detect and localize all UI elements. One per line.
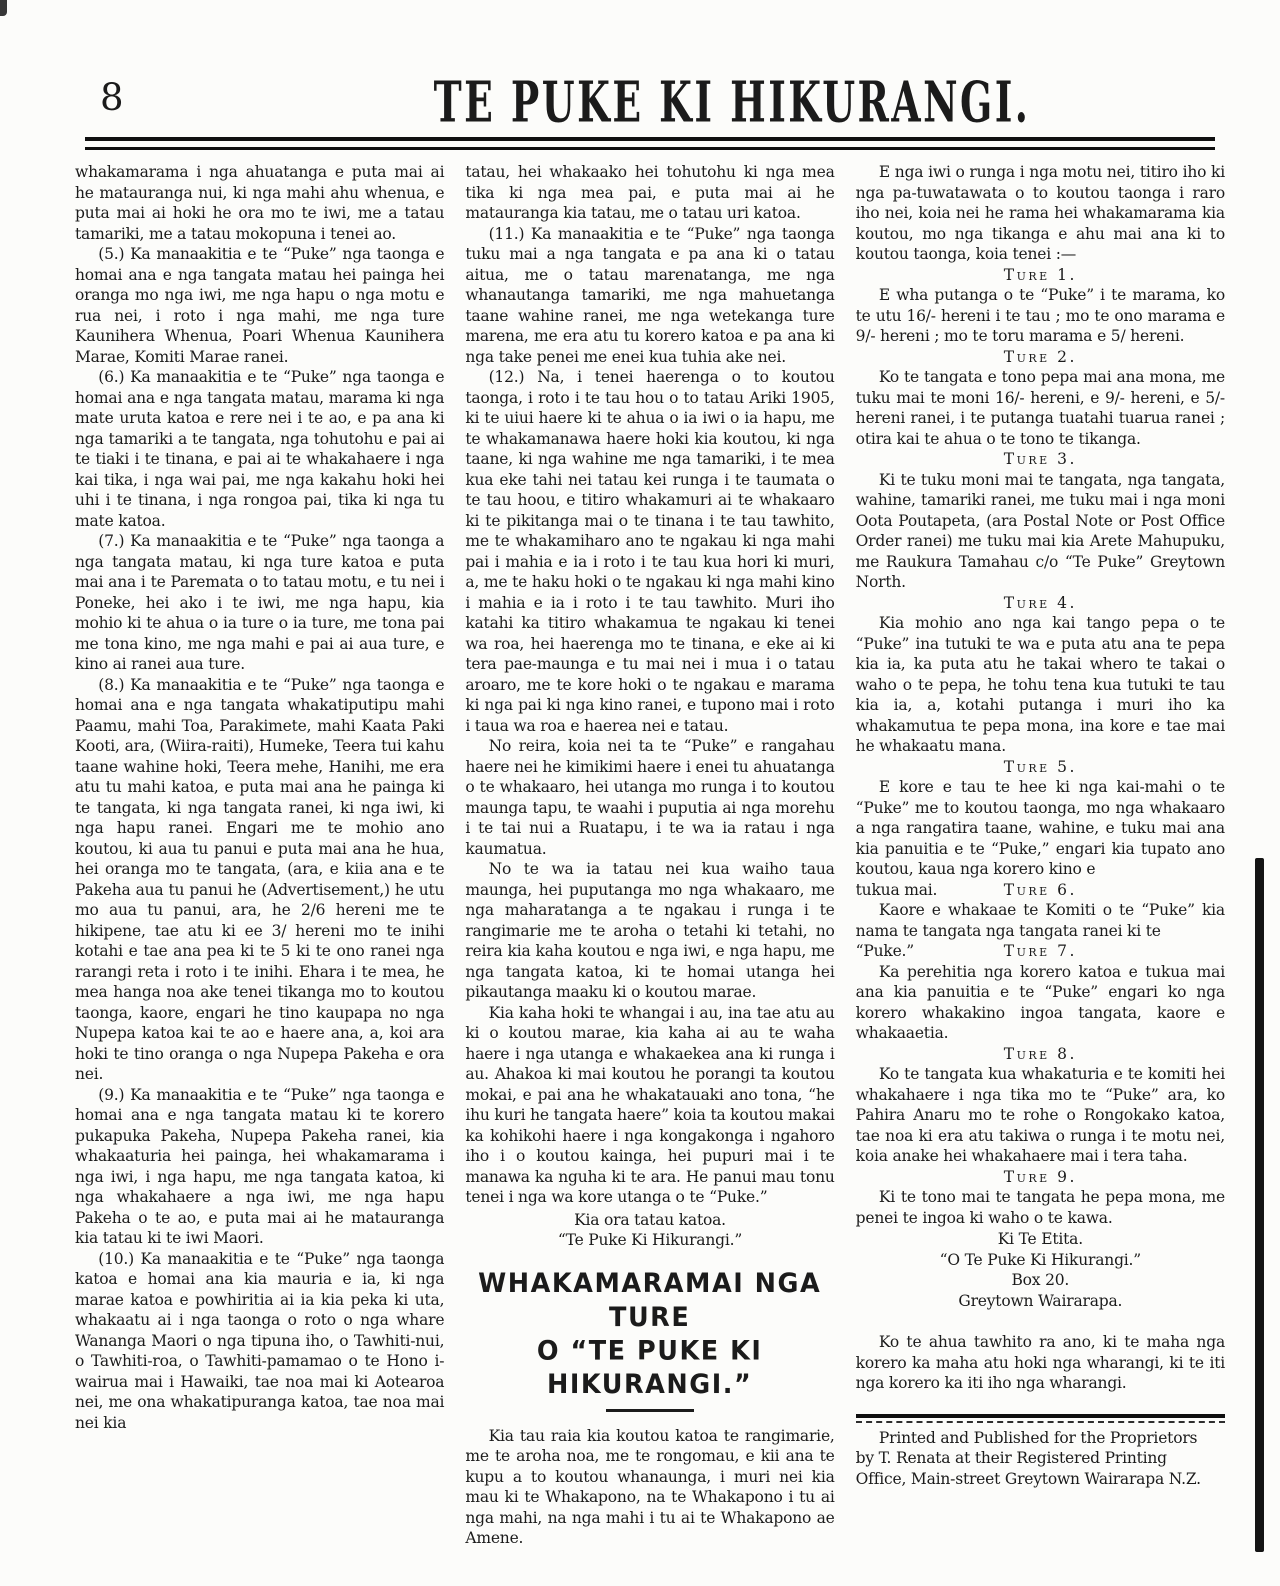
ture-8-heading: Ture 8.	[856, 1044, 1225, 1065]
article-heading-line2: O “TE PUKE KI HIKURANGI.”	[462, 1334, 839, 1401]
imprint-line: Office, Main-street Greytown Wairarapa N…	[856, 1469, 1225, 1490]
paragraph-clause-12: (12.) Na, i tenei haerenga o to koutou t…	[465, 367, 834, 736]
imprint-line: Printed and Published for the Proprietor…	[856, 1428, 1225, 1449]
page-content: whakamarama i nga ahuatanga e puta mai a…	[75, 162, 1225, 1549]
ture-5-text: E kore e tau te hee ki nga kai-mahi o te…	[856, 777, 1225, 880]
ture-2-text: Ko te tangata e tono pepa mai ana mona, …	[856, 367, 1225, 449]
article-heading-line1: WHAKAMARAMAI NGA TURE	[462, 1267, 839, 1334]
ture-7-heading: Ture 7.	[856, 941, 1225, 962]
paragraph-clause-8: (8.) Ka manaakitia e te “Puke” nga taong…	[75, 675, 444, 1085]
ture-3-text: Ki te tuku moni mai te tangata, nga tang…	[856, 470, 1225, 593]
paragraph-rules-intro: E nga iwi o runga i nga motu nei, titiro…	[856, 162, 1225, 265]
newspaper-title: TE PUKE KI HIKURANGI.	[434, 74, 1031, 130]
heading-rule	[606, 1409, 694, 1412]
ture-6-text: Kaore e whakaae te Komiti o te “Puke” ki…	[856, 900, 1225, 941]
signoff-block: Kia ora tatau katoa. “Te Puke Ki Hikuran…	[465, 1210, 834, 1251]
paragraph-clause-5: (5.) Ka manaakitia e te “Puke” nga taong…	[75, 244, 444, 367]
paragraph: No te wa ia tatau nei kua waiho taua mau…	[465, 859, 834, 1003]
ture-5-heading: Ture 5.	[856, 757, 1225, 778]
ture-7-text: Ka perehitia nga korero katoa e tukua ma…	[856, 962, 1225, 1044]
scan-artifact-bar	[1255, 858, 1264, 1552]
paragraph-blessing: Kia tau raia kia koutou katoa te rangima…	[465, 1426, 834, 1549]
ture-6-heading: Ture 6.	[856, 880, 1225, 901]
signoff-signature: “Te Puke Ki Hikurangi.”	[465, 1230, 834, 1251]
paragraph-continuation: whakamarama i nga ahuatanga e puta mai a…	[75, 162, 444, 244]
ture-2-heading: Ture 2.	[856, 347, 1225, 368]
ture-6-lastline-with-ture-7-heading: “Puke.” Ture 7.	[856, 941, 1225, 962]
paragraph-closing-note: Ko te ahua tawhito ra ano, ki te maha ng…	[856, 1332, 1225, 1394]
ture-1-text: E wha putanga o te “Puke” i te marama, k…	[856, 285, 1225, 347]
paragraph-clause-10: (10.) Ka manaakitia e te “Puke” nga taon…	[75, 1249, 444, 1434]
ture-8-text: Ko te tangata kua whakaturia e te komiti…	[856, 1064, 1225, 1167]
address-line-paper: “O Te Puke Ki Hikurangi.”	[856, 1250, 1225, 1271]
header-double-rule	[85, 137, 1215, 150]
ture-4-heading: Ture 4.	[856, 593, 1225, 614]
column-2: tatau, hei whakaako hei tohutohu ki nga …	[465, 162, 834, 1549]
column-1: whakamarama i nga ahuatanga e puta mai a…	[75, 162, 444, 1433]
ture-9-text: Ki te tono mai te tangata he pepa mona, …	[856, 1187, 1225, 1228]
ture-5-lastline-with-ture-6-heading: tukua mai. Ture 6.	[856, 880, 1225, 901]
column-3: E nga iwi o runga i nga motu nei, titiro…	[856, 162, 1225, 1489]
address-line-town: Greytown Wairarapa.	[856, 1291, 1225, 1312]
address-line-editor: Ki Te Etita.	[856, 1229, 1225, 1250]
scan-smudge	[0, 0, 7, 16]
paragraph-clause-6: (6.) Ka manaakitia e te “Puke” nga taong…	[75, 367, 444, 531]
address-line-box: Box 20.	[856, 1270, 1225, 1291]
paragraph: No reira, koia nei ta te “Puke” e rangah…	[465, 736, 834, 859]
imprint-rule-dashed	[856, 1421, 1225, 1423]
editor-address-block: Ki Te Etita. “O Te Puke Ki Hikurangi.” B…	[856, 1229, 1225, 1311]
imprint-block: Printed and Published for the Proprietor…	[856, 1414, 1225, 1490]
imprint-line: by T. Renata at their Registered Printin…	[856, 1448, 1225, 1469]
ture-3-heading: Ture 3.	[856, 449, 1225, 470]
paragraph-continuation: tatau, hei whakaako hei tohutohu ki nga …	[465, 162, 834, 224]
paragraph-clause-9: (9.) Ka manaakitia e te “Puke” nga taong…	[75, 1085, 444, 1249]
signoff-greeting: Kia ora tatau katoa.	[465, 1210, 834, 1231]
page-number: 8	[100, 78, 124, 118]
article-heading: WHAKAMARAMAI NGA TURE O “TE PUKE KI HIKU…	[462, 1267, 839, 1401]
paragraph: Kia kaha hoki te whangai i au, ina tae a…	[465, 1003, 834, 1208]
ture-1-heading: Ture 1.	[856, 265, 1225, 286]
masthead: 8 TE PUKE KI HIKURANGI.	[0, 74, 1280, 134]
paragraph-clause-7: (7.) Ka manaakitia e te “Puke” nga taong…	[75, 531, 444, 675]
ture-9-heading: Ture 9.	[856, 1167, 1225, 1188]
ture-4-text: Kia mohio ano nga kai tango pepa o te “P…	[856, 613, 1225, 757]
imprint-rule-solid	[856, 1414, 1225, 1418]
paragraph-clause-11: (11.) Ka manaakitia e te “Puke” nga taon…	[465, 224, 834, 368]
